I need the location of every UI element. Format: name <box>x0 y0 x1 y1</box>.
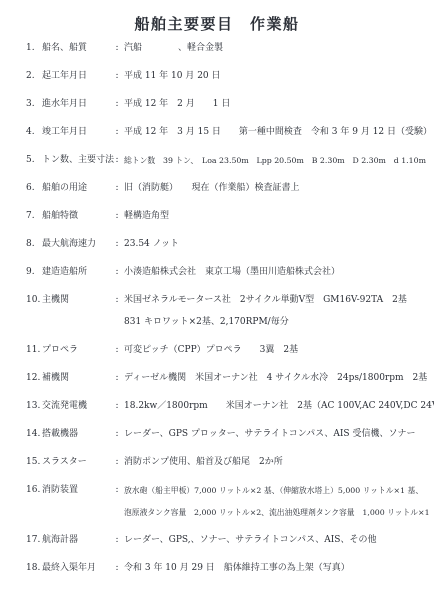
spec-row: 3. 進水年月日 : 平成 12 年 2 月 1 日 <box>0 98 434 111</box>
item-value-line1: 可変ピッチ（CPP）プロペラ 3翼 2基 <box>124 345 298 355</box>
item-label: 交流発電機 <box>42 400 110 413</box>
item-value: 軽構造角型 <box>124 210 430 223</box>
spec-row: 9. 建造造船所 : 小湊造船株式会社 東京工場（墨田川造船株式会社） <box>0 266 434 279</box>
item-value: 放水砲（船主甲板）7,000 リットル×2 基、（伸縮放水塔上）5,000 リッ… <box>124 484 430 519</box>
colon-separator: : <box>110 210 124 223</box>
item-value-line1: 平成 12 年 3 月 15 日 第一種中間検査 令和 3 年 9 月 12 日… <box>124 127 432 137</box>
spec-row: 6. 船舶の用途 : 旧（消防艇） 現在（作業船）検査証書上 <box>0 182 434 195</box>
item-value: 旧（消防艇） 現在（作業船）検査証書上 <box>124 182 430 195</box>
colon-separator: : <box>110 562 124 575</box>
item-number: 7. <box>26 210 42 223</box>
item-value: 令和 3 年 10 月 29 日 船体維持工事の為上架（写真） <box>124 562 430 575</box>
colon-separator: : <box>110 294 124 307</box>
item-value: ディーゼル機関 米国オーナン社 4 サイクル水冷 24ps/1800rpm 2基 <box>124 372 430 385</box>
item-number: 14. <box>26 428 42 441</box>
colon-separator: : <box>110 42 124 55</box>
item-value-line1: レーダー、GPS,、ソナー、サテライトコンパス、AIS、その他 <box>124 535 376 545</box>
item-label: スラスター <box>42 456 110 469</box>
item-label: 最終入渠年月 <box>42 562 110 575</box>
item-value-line1: 平成 11 年 10 月 20 日 <box>124 71 221 81</box>
spec-row: 8. 最大航海速力 : 23.54 ノット <box>0 238 434 251</box>
item-number: 5. <box>26 154 42 167</box>
item-value: レーダー、GPS プロッター、サテライトコンパス、AIS 受信機、ソナー <box>124 428 430 441</box>
item-value: 汽船 、軽合金製 <box>124 42 430 55</box>
colon-separator: : <box>110 484 124 497</box>
item-number: 2. <box>26 70 42 83</box>
item-number: 8. <box>26 238 42 251</box>
colon-separator: : <box>110 182 124 195</box>
item-number: 6. <box>26 182 42 195</box>
item-label: 消防装置 <box>42 484 110 497</box>
spec-row: 1. 船名、船質 : 汽船 、軽合金製 <box>0 42 434 55</box>
item-value: 可変ピッチ（CPP）プロペラ 3翼 2基 <box>124 344 430 357</box>
item-label: 進水年月日 <box>42 98 110 111</box>
item-value-line1: 放水砲（船主甲板）7,000 リットル×2 基、（伸縮放水塔上）5,000 リッ… <box>124 486 423 495</box>
item-value-line1: 軽構造角型 <box>124 211 169 221</box>
spec-row: 11. プロペラ : 可変ピッチ（CPP）プロペラ 3翼 2基 <box>0 344 434 357</box>
item-number: 17. <box>26 534 42 547</box>
item-label: 船舶特徴 <box>42 210 110 223</box>
item-value: 米国ゼネラルモータース社 2サイクル単動V型 GM16V-92TA 2基831 … <box>124 294 430 329</box>
item-number: 18. <box>26 562 42 575</box>
spec-row: 12. 補機関 : ディーゼル機関 米国オーナン社 4 サイクル水冷 24ps/… <box>0 372 434 385</box>
item-value-line1: 18.2kw／1800rpm 米国オーナン社 2基（AC 100V,AC 240… <box>124 401 434 411</box>
item-value-line1: 総トン数 39 トン、 Loa 23.50m Lpp 20.50m B 2.30… <box>124 156 426 165</box>
spec-row: 16. 消防装置 : 放水砲（船主甲板）7,000 リットル×2 基、（伸縮放水… <box>0 484 434 519</box>
item-number: 13. <box>26 400 42 413</box>
spec-row: 2. 起工年月日 : 平成 11 年 10 月 20 日 <box>0 70 434 83</box>
item-value: 小湊造船株式会社 東京工場（墨田川造船株式会社） <box>124 266 430 279</box>
colon-separator: : <box>110 534 124 547</box>
item-number: 9. <box>26 266 42 279</box>
item-value-line1: 汽船 、軽合金製 <box>124 43 223 53</box>
item-label: トン数、主要寸法 <box>42 154 110 167</box>
item-number: 3. <box>26 98 42 111</box>
colon-separator: : <box>110 344 124 357</box>
item-label: プロペラ <box>42 344 110 357</box>
item-number: 10. <box>26 294 42 307</box>
spec-row: 4. 竣工年月日 : 平成 12 年 3 月 15 日 第一種中間検査 令和 3… <box>0 126 434 139</box>
item-value-line1: 23.54 ノット <box>124 239 179 249</box>
spec-row: 18. 最終入渠年月 : 令和 3 年 10 月 29 日 船体維持工事の為上架… <box>0 562 434 575</box>
spec-row: 15. スラスター : 消防ポンプ使用、船首及び船尾 2か所 <box>0 456 434 469</box>
item-label: 建造造船所 <box>42 266 110 279</box>
item-value: 平成 12 年 2 月 1 日 <box>124 98 430 111</box>
colon-separator: : <box>110 428 124 441</box>
item-label: 船名、船質 <box>42 42 110 55</box>
item-value-line1: 小湊造船株式会社 東京工場（墨田川造船株式会社） <box>124 267 340 277</box>
colon-separator: : <box>110 456 124 469</box>
colon-separator: : <box>110 98 124 111</box>
item-value-line1: 令和 3 年 10 月 29 日 船体維持工事の為上架（写真） <box>124 563 350 573</box>
spec-list: 1. 船名、船質 : 汽船 、軽合金製 2. 起工年月日 : 平成 11 年 1… <box>0 42 434 575</box>
page-title: 船舶主要要目 作業船 <box>0 0 434 32</box>
colon-separator: : <box>110 126 124 139</box>
item-label: 起工年月日 <box>42 70 110 83</box>
item-value-line2: 831 キロワット×2基、2,170RPM/毎分 <box>124 316 430 329</box>
item-value: 23.54 ノット <box>124 238 430 251</box>
item-value: 平成 11 年 10 月 20 日 <box>124 70 430 83</box>
colon-separator: : <box>110 372 124 385</box>
colon-separator: : <box>110 266 124 279</box>
colon-separator: : <box>110 70 124 83</box>
item-label: 竣工年月日 <box>42 126 110 139</box>
item-label: 主機関 <box>42 294 110 307</box>
item-number: 12. <box>26 372 42 385</box>
item-number: 15. <box>26 456 42 469</box>
colon-separator: : <box>110 238 124 251</box>
item-value-line1: レーダー、GPS プロッター、サテライトコンパス、AIS 受信機、ソナー <box>124 429 415 439</box>
item-value-line1: 旧（消防艇） 現在（作業船）検査証書上 <box>124 183 300 193</box>
item-value: レーダー、GPS,、ソナー、サテライトコンパス、AIS、その他 <box>124 534 430 547</box>
item-value-line1: 米国ゼネラルモータース社 2サイクル単動V型 GM16V-92TA 2基 <box>124 295 407 305</box>
spec-row: 14. 搭載機器 : レーダー、GPS プロッター、サテライトコンパス、AIS … <box>0 428 434 441</box>
item-value: 平成 12 年 3 月 15 日 第一種中間検査 令和 3 年 9 月 12 日… <box>124 126 432 139</box>
item-label: 最大航海速力 <box>42 238 110 251</box>
item-value-line1: 平成 12 年 2 月 1 日 <box>124 99 230 109</box>
colon-separator: : <box>110 400 124 413</box>
item-value-line2: 泡原液タンク容量 2,000 リットル×2、流出油処理剤タンク容量 1,000 … <box>124 506 430 519</box>
item-value: 消防ポンプ使用、船首及び船尾 2か所 <box>124 456 430 469</box>
spec-row: 5. トン数、主要寸法 : 総トン数 39 トン、 Loa 23.50m Lpp… <box>0 154 434 167</box>
item-value: 総トン数 39 トン、 Loa 23.50m Lpp 20.50m B 2.30… <box>124 154 430 167</box>
item-label: 補機関 <box>42 372 110 385</box>
document-page: 船舶主要要目 作業船 1. 船名、船質 : 汽船 、軽合金製 2. 起工年月日 … <box>0 0 434 600</box>
item-value-line1: 消防ポンプ使用、船首及び船尾 2か所 <box>124 457 283 467</box>
item-label: 搭載機器 <box>42 428 110 441</box>
spec-row: 13. 交流発電機 : 18.2kw／1800rpm 米国オーナン社 2基（AC… <box>0 400 434 413</box>
item-value-line1: ディーゼル機関 米国オーナン社 4 サイクル水冷 24ps/1800rpm 2基 <box>124 373 427 383</box>
item-number: 16. <box>26 484 42 497</box>
item-number: 11. <box>26 344 42 357</box>
item-label: 船舶の用途 <box>42 182 110 195</box>
spec-row: 7. 船舶特徴 : 軽構造角型 <box>0 210 434 223</box>
item-value: 18.2kw／1800rpm 米国オーナン社 2基（AC 100V,AC 240… <box>124 400 434 413</box>
item-number: 1. <box>26 42 42 55</box>
item-label: 航海計器 <box>42 534 110 547</box>
item-number: 4. <box>26 126 42 139</box>
spec-row: 10. 主機関 : 米国ゼネラルモータース社 2サイクル単動V型 GM16V-9… <box>0 294 434 329</box>
colon-separator: : <box>110 154 124 167</box>
spec-row: 17. 航海計器 : レーダー、GPS,、ソナー、サテライトコンパス、AIS、そ… <box>0 534 434 547</box>
